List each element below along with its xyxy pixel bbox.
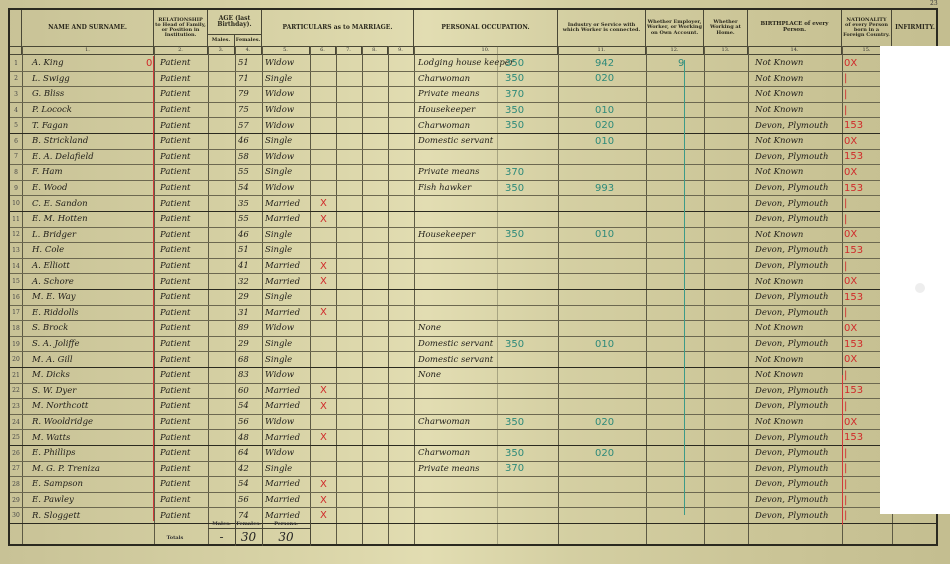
table-row: 20M. A. GillPatient68SingleDomestic serv… bbox=[10, 352, 938, 368]
birthplace-mark: 153 bbox=[844, 118, 884, 133]
age-female-cell: 32 bbox=[238, 274, 262, 289]
table-row: 26E. PhillipsPatient64WidowCharwoman3500… bbox=[10, 446, 938, 462]
margin-mark bbox=[146, 228, 156, 243]
colnum: 12. bbox=[646, 46, 704, 55]
row-number: 6 bbox=[10, 134, 22, 149]
birthplace-mark: 153 bbox=[844, 384, 884, 399]
name-cell: M. Watts bbox=[32, 430, 152, 445]
totals-persons-label: Persons. bbox=[262, 521, 310, 527]
industry-code bbox=[595, 352, 645, 367]
birthplace-cell: Devon, Plymouth bbox=[755, 259, 841, 274]
relationship-cell: Patient bbox=[160, 134, 208, 149]
industry-code: 020 bbox=[595, 415, 645, 430]
colnum: 2. bbox=[154, 46, 208, 55]
occupation-code bbox=[505, 493, 555, 508]
margin-mark bbox=[146, 430, 156, 445]
table-row: 13H. ColePatient51SingleDevon, Plymouth1… bbox=[10, 243, 938, 259]
condition-cell: Widow bbox=[265, 415, 310, 430]
marriage-mark bbox=[320, 118, 332, 133]
margin-mark bbox=[146, 259, 156, 274]
margin-mark bbox=[146, 103, 156, 118]
occupation-code: 350 bbox=[505, 56, 555, 71]
table-row: 15A. SchorePatient32MarriedXNot Known0X bbox=[10, 274, 938, 290]
occupation-code: 350 bbox=[505, 103, 555, 118]
relationship-cell: Patient bbox=[160, 493, 208, 508]
industry-code bbox=[595, 243, 645, 258]
table-row: 5T. FaganPatient57WidowCharwoman350020De… bbox=[10, 118, 938, 134]
name-cell: G. Bliss bbox=[32, 87, 152, 102]
table-row: 17E. RiddollsPatient31MarriedXDevon, Ply… bbox=[10, 306, 938, 322]
relationship-cell: Patient bbox=[160, 103, 208, 118]
name-cell: F. Ham bbox=[32, 165, 152, 180]
name-cell: M. E. Way bbox=[32, 290, 152, 305]
birthplace-mark: | bbox=[844, 212, 884, 227]
employer-mark bbox=[678, 321, 698, 336]
birthplace-cell: Devon, Plymouth bbox=[755, 196, 841, 211]
name-cell: M. Dicks bbox=[32, 368, 152, 383]
employer-mark bbox=[678, 274, 698, 289]
relationship-cell: Patient bbox=[160, 228, 208, 243]
marriage-mark bbox=[320, 415, 332, 430]
relationship-cell: Patient bbox=[160, 87, 208, 102]
employer-mark bbox=[678, 134, 698, 149]
industry-code bbox=[595, 212, 645, 227]
occupation-code: 350 bbox=[505, 415, 555, 430]
birthplace-cell: Devon, Plymouth bbox=[755, 477, 841, 492]
birthplace-mark: 0X bbox=[844, 134, 884, 149]
relationship-cell: Patient bbox=[160, 150, 208, 165]
name-cell: S. Brock bbox=[32, 321, 152, 336]
name-cell: E. Pawley bbox=[32, 493, 152, 508]
table-row: 10C. E. SandonPatient35MarriedXDevon, Pl… bbox=[10, 196, 938, 212]
row-number: 11 bbox=[10, 212, 22, 227]
industry-code bbox=[595, 430, 645, 445]
name-cell: A. Schore bbox=[32, 274, 152, 289]
marriage-mark bbox=[320, 290, 332, 305]
birthplace-cell: Devon, Plymouth bbox=[755, 306, 841, 321]
industry-code: 020 bbox=[595, 72, 645, 87]
name-cell: E. Wood bbox=[32, 181, 152, 196]
marriage-mark: X bbox=[320, 274, 332, 289]
name-cell: E. M. Hotten bbox=[32, 212, 152, 227]
condition-cell: Single bbox=[265, 243, 310, 258]
table-row: 29E. PawleyPatient56MarriedXDevon, Plymo… bbox=[10, 493, 938, 509]
employer-mark bbox=[678, 103, 698, 118]
row-number: 1 bbox=[10, 56, 22, 71]
industry-code bbox=[595, 150, 645, 165]
birthplace-cell: Devon, Plymouth bbox=[755, 118, 841, 133]
table-row: 25M. WattsPatient48MarriedXDevon, Plymou… bbox=[10, 430, 938, 446]
colnum: 13. bbox=[704, 46, 748, 55]
employer-mark bbox=[678, 290, 698, 305]
relationship-cell: Patient bbox=[160, 321, 208, 336]
birthplace-mark: | bbox=[844, 477, 884, 492]
age-female-cell: 89 bbox=[238, 321, 262, 336]
colnum: 4. bbox=[235, 46, 262, 55]
birthplace-cell: Devon, Plymouth bbox=[755, 493, 841, 508]
age-female-cell: 57 bbox=[238, 118, 262, 133]
occupation-code bbox=[505, 477, 555, 492]
age-female-cell: 29 bbox=[238, 290, 262, 305]
industry-code bbox=[595, 290, 645, 305]
colnum bbox=[10, 46, 22, 55]
birthplace-cell: Devon, Plymouth bbox=[755, 290, 841, 305]
table-row: 9E. WoodPatient54WidowFish hawker350993D… bbox=[10, 181, 938, 197]
row-number: 28 bbox=[10, 477, 22, 492]
condition-cell: Married bbox=[265, 259, 310, 274]
occupation-code: 350 bbox=[505, 446, 555, 461]
birthplace-mark: | bbox=[844, 196, 884, 211]
birthplace-cell: Devon, Plymouth bbox=[755, 337, 841, 352]
table-row: 4P. LocockPatient75WidowHousekeeper35001… bbox=[10, 103, 938, 119]
row-number: 3 bbox=[10, 87, 22, 102]
row-number: 13 bbox=[10, 243, 22, 258]
name-cell: M. A. Gill bbox=[32, 352, 152, 367]
employer-mark bbox=[678, 399, 698, 414]
condition-cell: Single bbox=[265, 165, 310, 180]
marriage-mark: X bbox=[320, 477, 332, 492]
employer-mark bbox=[678, 212, 698, 227]
marriage-mark bbox=[320, 72, 332, 87]
condition-cell: Widow bbox=[265, 87, 310, 102]
totals-males: - bbox=[208, 530, 235, 544]
age-female-cell: 64 bbox=[238, 446, 262, 461]
totals-females: 30 bbox=[235, 530, 262, 544]
employer-mark bbox=[678, 72, 698, 87]
page-corner: 23 bbox=[930, 0, 938, 7]
margin-mark bbox=[146, 446, 156, 461]
occupation-code bbox=[505, 150, 555, 165]
birthplace-cell: Devon, Plymouth bbox=[755, 212, 841, 227]
condition-cell: Single bbox=[265, 228, 310, 243]
margin-mark bbox=[146, 72, 156, 87]
marriage-mark: X bbox=[320, 212, 332, 227]
table-row: 2L. SwiggPatient71SingleCharwoman350020N… bbox=[10, 72, 938, 88]
birthplace-cell: Not Known bbox=[755, 165, 841, 180]
birthplace-cell: Not Known bbox=[755, 321, 841, 336]
occupation-code: 350 bbox=[505, 181, 555, 196]
occupation-code bbox=[505, 212, 555, 227]
age-female-cell: 51 bbox=[238, 243, 262, 258]
colnum: 11. bbox=[558, 46, 646, 55]
condition-cell: Married bbox=[265, 477, 310, 492]
condition-cell: Married bbox=[265, 196, 310, 211]
birthplace-mark: | bbox=[844, 87, 884, 102]
age-female-cell: 58 bbox=[238, 150, 262, 165]
age-female-cell: 51 bbox=[238, 56, 262, 71]
birthplace-cell: Devon, Plymouth bbox=[755, 399, 841, 414]
occupation-code bbox=[505, 274, 555, 289]
condition-cell: Single bbox=[265, 462, 310, 477]
industry-code: 010 bbox=[595, 228, 645, 243]
colnum: 8. bbox=[362, 46, 388, 55]
name-cell: M. Northcott bbox=[32, 399, 152, 414]
table-row: 16M. E. WayPatient29SingleDevon, Plymout… bbox=[10, 290, 938, 306]
employer-mark bbox=[678, 150, 698, 165]
name-cell: E. Phillips bbox=[32, 446, 152, 461]
marriage-mark bbox=[320, 150, 332, 165]
industry-code bbox=[595, 165, 645, 180]
colnum: 5. bbox=[262, 46, 310, 55]
employer-mark bbox=[678, 493, 698, 508]
birthplace-cell: Not Known bbox=[755, 56, 841, 71]
occupation-code bbox=[505, 384, 555, 399]
colnum: 7. bbox=[336, 46, 362, 55]
relationship-cell: Patient bbox=[160, 430, 208, 445]
industry-code bbox=[595, 477, 645, 492]
condition-cell: Married bbox=[265, 306, 310, 321]
industry-code bbox=[595, 399, 645, 414]
margin-mark bbox=[146, 399, 156, 414]
marriage-mark bbox=[320, 228, 332, 243]
industry-code bbox=[595, 321, 645, 336]
row-number: 10 bbox=[10, 196, 22, 211]
birthplace-mark: 0X bbox=[844, 274, 884, 289]
margin-mark bbox=[146, 134, 156, 149]
totals-persons: 30 bbox=[262, 530, 310, 544]
birthplace-mark: | bbox=[844, 72, 884, 87]
occupation-code bbox=[505, 430, 555, 445]
age-female-cell: 75 bbox=[238, 103, 262, 118]
row-number: 7 bbox=[10, 150, 22, 165]
condition-cell: Married bbox=[265, 493, 310, 508]
red-tally-line bbox=[842, 375, 843, 525]
relationship-cell: Patient bbox=[160, 243, 208, 258]
condition-cell: Widow bbox=[265, 368, 310, 383]
census-sheet: NAME AND SURNAME. RELATIONSHIP to Head o… bbox=[0, 0, 950, 564]
marriage-mark bbox=[320, 134, 332, 149]
occupation-code bbox=[505, 243, 555, 258]
occupation-code: 370 bbox=[505, 165, 555, 180]
industry-code bbox=[595, 493, 645, 508]
margin-mark bbox=[146, 274, 156, 289]
birthplace-cell: Not Known bbox=[755, 274, 841, 289]
relationship-cell: Patient bbox=[160, 368, 208, 383]
age-female-cell: 83 bbox=[238, 368, 262, 383]
marriage-mark: X bbox=[320, 196, 332, 211]
employer-mark bbox=[678, 415, 698, 430]
margin-mark bbox=[146, 196, 156, 211]
birthplace-cell: Not Known bbox=[755, 72, 841, 87]
condition-cell: Single bbox=[265, 72, 310, 87]
age-female-cell: 60 bbox=[238, 384, 262, 399]
industry-code: 020 bbox=[595, 118, 645, 133]
name-cell: L. Bridger bbox=[32, 228, 152, 243]
birthplace-cell: Devon, Plymouth bbox=[755, 243, 841, 258]
name-cell: P. Locock bbox=[32, 103, 152, 118]
marriage-mark bbox=[320, 321, 332, 336]
employer-mark bbox=[678, 352, 698, 367]
row-number: 29 bbox=[10, 493, 22, 508]
birthplace-mark: 0X bbox=[844, 56, 884, 71]
marriage-mark: X bbox=[320, 384, 332, 399]
occupation-code bbox=[505, 196, 555, 211]
margin-mark bbox=[146, 150, 156, 165]
scan-mark bbox=[915, 283, 925, 293]
name-cell: A. Elliott bbox=[32, 259, 152, 274]
marriage-mark bbox=[320, 165, 332, 180]
margin-mark bbox=[146, 165, 156, 180]
industry-code bbox=[595, 306, 645, 321]
birthplace-mark: | bbox=[844, 368, 884, 383]
relationship-cell: Patient bbox=[160, 337, 208, 352]
birthplace-mark: 0X bbox=[844, 228, 884, 243]
marriage-mark: X bbox=[320, 493, 332, 508]
age-female-cell: 68 bbox=[238, 352, 262, 367]
margin-mark: 0 bbox=[146, 56, 156, 71]
margin-mark bbox=[146, 181, 156, 196]
margin-mark bbox=[146, 352, 156, 367]
margin-mark bbox=[146, 368, 156, 383]
name-cell: E. Sampson bbox=[32, 477, 152, 492]
birthplace-cell: Not Known bbox=[755, 415, 841, 430]
margin-mark bbox=[146, 212, 156, 227]
industry-code bbox=[595, 87, 645, 102]
marriage-mark bbox=[320, 352, 332, 367]
marriage-mark: X bbox=[320, 430, 332, 445]
industry-code bbox=[595, 259, 645, 274]
employer-mark bbox=[678, 446, 698, 461]
marriage-mark bbox=[320, 87, 332, 102]
occupation-code bbox=[505, 290, 555, 305]
birthplace-cell: Devon, Plymouth bbox=[755, 181, 841, 196]
marriage-mark: X bbox=[320, 306, 332, 321]
birthplace-cell: Devon, Plymouth bbox=[755, 462, 841, 477]
header-birthplace: BIRTHPLACE of every Person. bbox=[748, 10, 842, 46]
relationship-cell: Patient bbox=[160, 352, 208, 367]
employer-mark bbox=[678, 165, 698, 180]
header-relationship: RELATIONSHIP to Head of Family, or Posit… bbox=[154, 10, 208, 46]
table-row: 3G. BlissPatient79WidowPrivate means370N… bbox=[10, 87, 938, 103]
colnum: 9. bbox=[388, 46, 414, 55]
margin-mark bbox=[146, 477, 156, 492]
age-female-cell: 71 bbox=[238, 72, 262, 87]
header-industry: Industry or Service with which Worker is… bbox=[558, 10, 646, 46]
condition-cell: Married bbox=[265, 212, 310, 227]
marriage-mark bbox=[320, 56, 332, 71]
relationship-cell: Patient bbox=[160, 165, 208, 180]
row-number: 5 bbox=[10, 118, 22, 133]
occupation-code bbox=[505, 399, 555, 414]
relationship-cell: Patient bbox=[160, 415, 208, 430]
condition-cell: Married bbox=[265, 274, 310, 289]
occupation-code: 350 bbox=[505, 118, 555, 133]
birthplace-mark: 153 bbox=[844, 430, 884, 445]
scan-blank-area bbox=[880, 46, 950, 514]
header-age: AGE (last Birthday). bbox=[208, 10, 262, 34]
age-female-cell: 54 bbox=[238, 181, 262, 196]
occupation-code bbox=[505, 368, 555, 383]
table-row: 22S. W. DyerPatient60MarriedXDevon, Plym… bbox=[10, 384, 938, 400]
margin-mark bbox=[146, 493, 156, 508]
condition-cell: Widow bbox=[265, 56, 310, 71]
margin-mark bbox=[146, 337, 156, 352]
employer-mark bbox=[678, 259, 698, 274]
name-cell: B. Strickland bbox=[32, 134, 152, 149]
condition-cell: Single bbox=[265, 337, 310, 352]
occupation-code bbox=[505, 134, 555, 149]
margin-mark bbox=[146, 118, 156, 133]
age-female-cell: 35 bbox=[238, 196, 262, 211]
colnum: 6. bbox=[310, 46, 336, 55]
relationship-cell: Patient bbox=[160, 196, 208, 211]
employer-mark bbox=[678, 196, 698, 211]
employer-mark bbox=[678, 87, 698, 102]
employer-mark bbox=[678, 462, 698, 477]
table-row: 28E. SampsonPatient54MarriedXDevon, Plym… bbox=[10, 477, 938, 493]
header-home: Whether Working at Home. bbox=[704, 10, 748, 46]
condition-cell: Single bbox=[265, 134, 310, 149]
age-female-cell: 46 bbox=[238, 134, 262, 149]
age-female-cell: 48 bbox=[238, 430, 262, 445]
birthplace-mark: | bbox=[844, 399, 884, 414]
name-cell: S. W. Dyer bbox=[32, 384, 152, 399]
relationship-cell: Patient bbox=[160, 212, 208, 227]
employer-mark bbox=[678, 243, 698, 258]
employer-mark bbox=[678, 337, 698, 352]
header-marriage: PARTICULARS as to MARRIAGE. bbox=[262, 10, 414, 46]
header-employer: Whether Employer, Worker, or Working on … bbox=[646, 10, 704, 46]
marriage-mark bbox=[320, 462, 332, 477]
margin-mark bbox=[146, 306, 156, 321]
table-row: 14A. ElliottPatient41MarriedXDevon, Plym… bbox=[10, 259, 938, 275]
row-number: 8 bbox=[10, 165, 22, 180]
birthplace-mark: 153 bbox=[844, 181, 884, 196]
relationship-cell: Patient bbox=[160, 477, 208, 492]
employer-mark bbox=[678, 368, 698, 383]
row-number: 19 bbox=[10, 337, 22, 352]
name-cell: E. Riddolls bbox=[32, 306, 152, 321]
condition-cell: Widow bbox=[265, 181, 310, 196]
birthplace-mark: 0X bbox=[844, 352, 884, 367]
age-female-cell: 56 bbox=[238, 493, 262, 508]
birthplace-cell: Devon, Plymouth bbox=[755, 384, 841, 399]
table-row: 18S. BrockPatient89WidowNoneNot Known0X bbox=[10, 321, 938, 337]
age-female-cell: 31 bbox=[238, 306, 262, 321]
table-row: 23M. NorthcottPatient54MarriedXDevon, Pl… bbox=[10, 399, 938, 415]
row-number: 16 bbox=[10, 290, 22, 305]
age-female-cell: 56 bbox=[238, 415, 262, 430]
age-female-cell: 55 bbox=[238, 212, 262, 227]
birthplace-cell: Devon, Plymouth bbox=[755, 150, 841, 165]
row-number: 17 bbox=[10, 306, 22, 321]
birthplace-cell: Devon, Plymouth bbox=[755, 446, 841, 461]
condition-cell: Single bbox=[265, 352, 310, 367]
colnum: 1. bbox=[22, 46, 154, 55]
industry-code bbox=[595, 274, 645, 289]
birthplace-mark: 153 bbox=[844, 337, 884, 352]
totals-females-label: Females. bbox=[235, 521, 262, 527]
condition-cell: Widow bbox=[265, 118, 310, 133]
industry-code bbox=[595, 196, 645, 211]
name-cell: E. A. Delafield bbox=[32, 150, 152, 165]
totals-label: Totals bbox=[150, 535, 200, 541]
row-number: 24 bbox=[10, 415, 22, 430]
marriage-mark bbox=[320, 243, 332, 258]
age-female-cell: 46 bbox=[238, 228, 262, 243]
employer-mark bbox=[678, 477, 698, 492]
age-female-cell: 55 bbox=[238, 165, 262, 180]
birthplace-cell: Not Known bbox=[755, 134, 841, 149]
row-number: 22 bbox=[10, 384, 22, 399]
occupation-code bbox=[505, 321, 555, 336]
industry-code bbox=[595, 384, 645, 399]
row-number: 2 bbox=[10, 72, 22, 87]
employer-mark bbox=[678, 306, 698, 321]
age-female-cell: 54 bbox=[238, 477, 262, 492]
header-infirmity: INFIRMITY. bbox=[892, 10, 938, 46]
table-row: 12L. BridgerPatient46SingleHousekeeper35… bbox=[10, 228, 938, 244]
